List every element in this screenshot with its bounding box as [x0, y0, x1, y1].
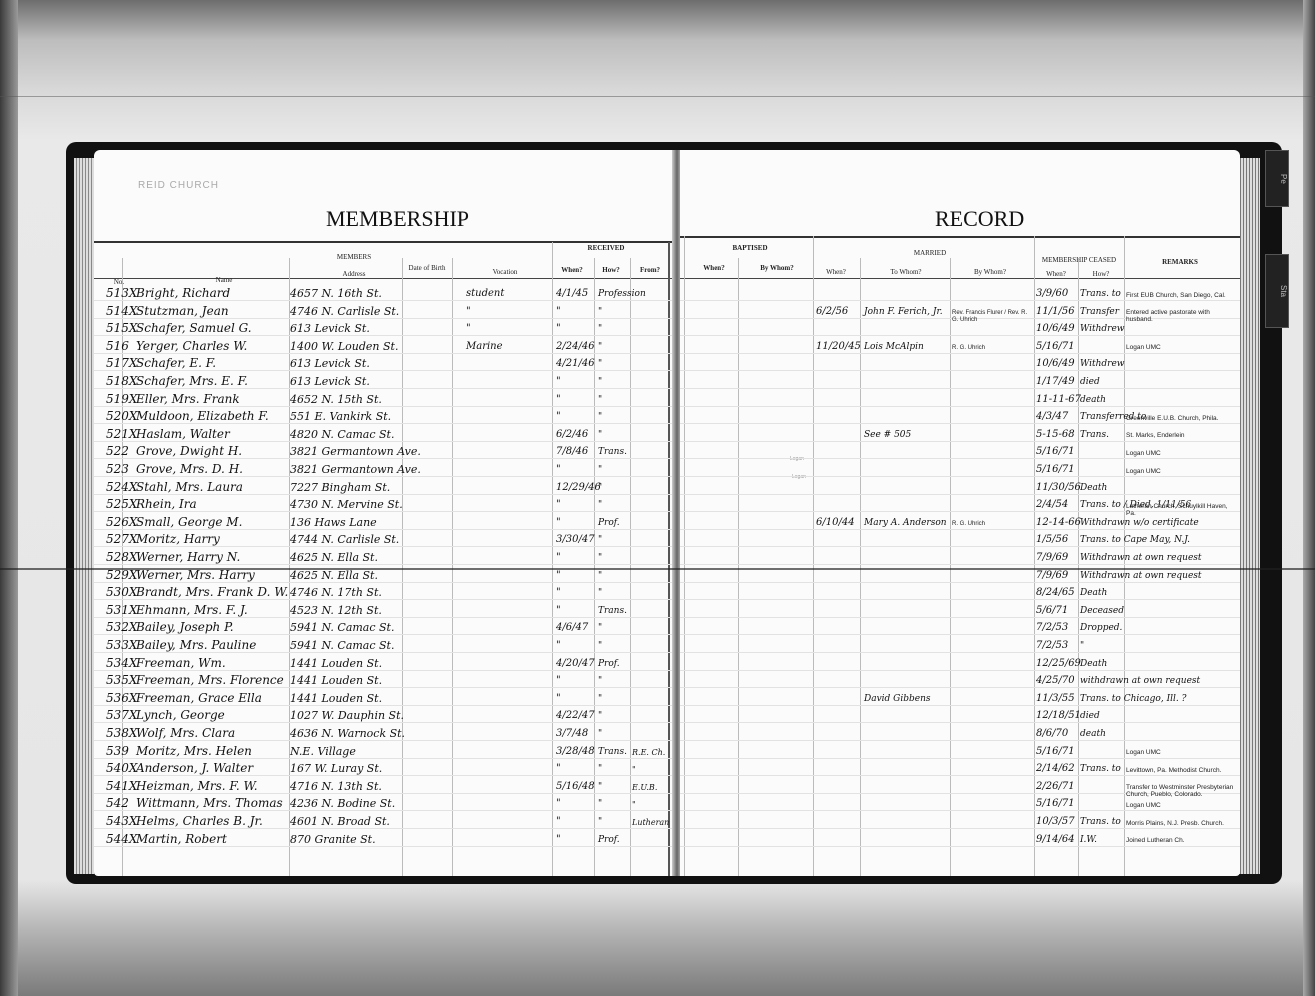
member-name: Bright, Richard — [136, 286, 230, 300]
received-when: 7/8/46 — [556, 446, 588, 457]
member-number: 544X — [106, 832, 137, 846]
ceased-when: 8/24/65 — [1036, 587, 1075, 598]
married-when: 6/2/56 — [816, 306, 848, 317]
col-divider — [452, 258, 453, 876]
row-rule — [94, 441, 676, 442]
remarks: Transfer to Westminster Presbyterian Chu… — [1126, 784, 1238, 798]
member-address: 7227 Bingham St. — [290, 481, 390, 494]
received-when: 4/22/47 — [556, 710, 595, 721]
row-rule — [94, 634, 676, 635]
col-divider — [1078, 258, 1079, 876]
header-received: RECEIVED — [556, 244, 656, 252]
member-address: 613 Levick St. — [290, 357, 370, 370]
received-when: " — [556, 517, 561, 528]
row-rule — [94, 582, 676, 583]
received-when: 2/24/46 — [556, 341, 595, 352]
ceased-how: withdrawn at own request — [1080, 676, 1200, 686]
row-rule — [680, 705, 1240, 706]
member-number: 525X — [106, 497, 137, 511]
received-how: Prof. — [598, 518, 620, 528]
member-address: 4730 N. Mervine St. — [290, 498, 403, 511]
row-rule — [94, 828, 676, 829]
ceased-how: " — [1080, 641, 1084, 651]
ceased-how: Trans. — [1080, 430, 1109, 440]
married-to: Lois McAlpin — [864, 342, 924, 352]
member-vocation: student — [466, 288, 504, 299]
ceased-when: 10/3/57 — [1036, 816, 1075, 827]
received-when: " — [556, 675, 561, 686]
col-divider — [813, 236, 814, 876]
ceased-when: 7/2/53 — [1036, 622, 1068, 633]
received-when: " — [556, 323, 561, 334]
row-rule — [680, 652, 1240, 653]
member-name: Grove, Mrs. D. H. — [136, 462, 243, 476]
row-rule — [680, 388, 1240, 389]
row-rule — [94, 705, 676, 706]
ceased-when: 5/16/71 — [1036, 446, 1075, 457]
member-number: 519X — [106, 392, 137, 406]
index-tab-1[interactable]: Pe — [1265, 150, 1289, 207]
received-from: " — [632, 800, 636, 809]
member-address: 4236 N. Bodine St. — [290, 797, 395, 810]
received-when: 4/1/45 — [556, 288, 588, 299]
received-when: 3/28/48 — [556, 746, 595, 757]
header-baptised: BAPTISED — [700, 244, 800, 252]
remarks: St. Marks, Enderlein — [1126, 432, 1238, 439]
ceased-when: 11-11-67 — [1036, 394, 1081, 405]
member-name: Rhein, Ira — [136, 497, 197, 511]
received-how: " — [598, 623, 602, 633]
member-name: Freeman, Grace Ella — [136, 691, 262, 705]
received-how: " — [598, 799, 602, 809]
row-rule — [680, 775, 1240, 776]
member-name: Muldoon, Elizabeth F. — [136, 409, 269, 423]
member-number: 515X — [106, 321, 137, 335]
row-rule — [680, 353, 1240, 354]
married-to: Mary A. Anderson — [864, 518, 947, 528]
received-how: " — [598, 588, 602, 598]
remarks: Logan UMC — [1126, 749, 1238, 756]
member-number: 530X — [106, 585, 137, 599]
row-rule — [94, 846, 676, 847]
member-address: 4746 N. 17th St. — [290, 586, 382, 599]
married-by: Rev. Francis Flurer / Rev. R. G. Uhrich — [952, 310, 1034, 324]
member-name: Bailey, Joseph P. — [136, 620, 234, 634]
member-address: 1027 W. Dauphin St. — [290, 709, 404, 722]
header-married: MARRIED — [820, 249, 1040, 257]
ceased-when: 10/6/49 — [1036, 358, 1075, 369]
page-title-record: RECORD — [935, 206, 1024, 232]
member-number: 535X — [106, 673, 137, 687]
header-rule-bottom — [680, 278, 1240, 279]
received-when: 6/2/46 — [556, 429, 588, 440]
ceased-when: 1/5/56 — [1036, 534, 1068, 545]
member-address: 870 Granite St. — [290, 833, 376, 846]
member-name: Schafer, E. F. — [136, 356, 216, 370]
received-when: " — [556, 587, 561, 598]
ceased-how: I.W. — [1080, 835, 1097, 845]
row-rule — [94, 740, 676, 741]
received-how: " — [598, 430, 602, 440]
row-rule — [94, 793, 676, 794]
row-rule — [680, 634, 1240, 635]
member-address: 4657 N. 16th St. — [290, 287, 382, 300]
row-rule — [94, 494, 676, 495]
header-membership-ceased: MEMBERSHIP CEASED — [1034, 256, 1124, 264]
received-when: 3/7/48 — [556, 728, 588, 739]
header-ceased-how: How? — [1080, 270, 1122, 278]
member-name: Small, George M. — [136, 515, 242, 529]
ceased-when: 12-14-66 — [1036, 517, 1081, 528]
member-number: 516 — [106, 339, 129, 353]
received-how: " — [598, 500, 602, 510]
member-address: 1400 W. Louden St. — [290, 340, 398, 353]
ceased-when: 11/30/56 — [1036, 482, 1081, 493]
member-address: 4625 N. Ella St. — [290, 569, 378, 582]
received-how: " — [598, 324, 602, 334]
member-address: 4625 N. Ella St. — [290, 551, 378, 564]
member-name: Freeman, Mrs. Florence — [136, 673, 284, 687]
ceased-how: Trans. to Cape May, N.J. — [1080, 535, 1190, 545]
member-name: Wittmann, Mrs. Thomas — [136, 796, 283, 810]
header-married-when: When? — [816, 268, 856, 276]
member-number: 543X — [106, 814, 137, 828]
married-to: John F. Ferich, Jr. — [864, 307, 943, 317]
page-edges-left — [74, 158, 96, 874]
row-rule — [680, 300, 1240, 301]
received-how: " — [598, 711, 602, 721]
col-divider — [684, 236, 685, 876]
header-dob: Date of Birth — [402, 264, 452, 272]
received-when: " — [556, 798, 561, 809]
received-from: " — [632, 765, 636, 774]
received-when: 3/30/47 — [556, 534, 595, 545]
row-rule — [94, 599, 676, 600]
member-name: Schafer, Samuel G. — [136, 321, 252, 335]
member-number: 514X — [106, 304, 137, 318]
received-how: " — [598, 694, 602, 704]
received-from: E.U.B. — [632, 783, 657, 792]
row-rule — [94, 318, 676, 319]
header-received-from: From? — [630, 266, 670, 274]
received-when: " — [556, 605, 561, 616]
received-how: " — [598, 729, 602, 739]
member-address: N.E. Village — [290, 745, 356, 758]
ceased-how: death — [1080, 395, 1106, 405]
row-rule — [94, 810, 676, 811]
scan-edge-right — [1303, 0, 1315, 996]
ceased-how: died — [1080, 711, 1100, 721]
received-how: " — [598, 782, 602, 792]
remarks: Joined Lutheran Ch. — [1126, 837, 1238, 844]
header-received-how: How? — [594, 266, 628, 274]
received-when: " — [556, 394, 561, 405]
member-number: 534X — [106, 656, 137, 670]
remarks: Lutheran Church, Schuylkill Haven, Pa. — [1126, 503, 1238, 517]
ceased-how: Withdrawn at own request — [1080, 553, 1202, 563]
ceased-how: Trans. to — [1080, 289, 1121, 299]
member-number: 528X — [106, 550, 137, 564]
member-address: 4744 N. Carlisle St. — [290, 533, 399, 546]
received-when: " — [556, 411, 561, 422]
row-rule — [94, 458, 676, 459]
row-rule — [94, 476, 676, 477]
ceased-how: Deceased — [1080, 606, 1124, 616]
received-when: 4/20/47 — [556, 658, 595, 669]
member-address: 136 Haws Lane — [290, 516, 377, 529]
ceased-when: 4/25/70 — [1036, 675, 1075, 686]
col-divider — [738, 258, 739, 876]
row-rule — [94, 529, 676, 530]
received-how: " — [598, 676, 602, 686]
member-name: Haslam, Walter — [136, 427, 230, 441]
received-how: " — [598, 342, 602, 352]
row-rule — [680, 458, 1240, 459]
received-when: " — [556, 640, 561, 651]
ceased-how: Trans. to — [1080, 764, 1121, 774]
received-how: Prof. — [598, 659, 620, 669]
ceased-when: 9/14/64 — [1036, 834, 1075, 845]
received-how: " — [598, 377, 602, 387]
row-rule — [94, 652, 676, 653]
ceased-how: Withdrew — [1080, 359, 1124, 369]
ceased-when: 12/18/51 — [1036, 710, 1081, 721]
row-rule — [680, 670, 1240, 671]
received-when: " — [556, 763, 561, 774]
member-name: Werner, Harry N. — [136, 550, 240, 564]
ceased-how: Death — [1080, 588, 1107, 598]
col-divider — [402, 258, 403, 876]
married-by: R. G. Uhrich — [952, 345, 1034, 352]
ceased-when: 2/4/54 — [1036, 499, 1068, 510]
member-name: Helms, Charles B. Jr. — [136, 814, 263, 828]
remarks: Entered active pastorate with husband. — [1126, 309, 1238, 323]
member-name: Grove, Dwight H. — [136, 444, 242, 458]
member-name: Stutzman, Jean — [136, 304, 229, 318]
ceased-how: Withdrawn w/o certificate — [1080, 518, 1199, 528]
ceased-how: Death — [1080, 659, 1107, 669]
married-when: 11/20/45 — [816, 341, 861, 352]
member-number: 521X — [106, 427, 137, 441]
received-when: " — [556, 464, 561, 475]
row-rule — [94, 406, 676, 407]
remarks: Levittown, Pa. Methodist Church. — [1126, 767, 1238, 774]
received-how: " — [598, 359, 602, 369]
scan-edge-left — [0, 0, 18, 996]
header-baptised-by: By Whom? — [742, 264, 812, 272]
member-number: 517X — [106, 356, 137, 370]
member-vocation: " — [466, 323, 471, 334]
member-address: 3821 Germantown Ave. — [290, 463, 421, 476]
remarks: Logan UMC — [1126, 344, 1238, 351]
member-address: 4523 N. 12th St. — [290, 604, 382, 617]
remarks: Morris Plains, N.J. Presb. Church. — [1126, 820, 1238, 827]
row-rule — [94, 423, 676, 424]
received-when: " — [556, 306, 561, 317]
member-number: 537X — [106, 708, 137, 722]
member-address: 4652 N. 15th St. — [290, 393, 382, 406]
received-when: 4/21/46 — [556, 358, 595, 369]
ceased-how: death — [1080, 729, 1106, 739]
row-rule — [94, 564, 676, 565]
received-how: " — [598, 817, 602, 827]
received-when: 4/6/47 — [556, 622, 588, 633]
row-rule — [680, 335, 1240, 336]
member-number: 524X — [106, 480, 137, 494]
ceased-when: 4/3/47 — [1036, 411, 1068, 422]
row-rule — [94, 335, 676, 336]
received-how: " — [598, 465, 602, 475]
member-name: Bailey, Mrs. Pauline — [136, 638, 256, 652]
ceased-how: Withdrew — [1080, 324, 1124, 334]
header-ceased-when: When? — [1034, 270, 1078, 278]
ceased-when: 11/3/55 — [1036, 693, 1075, 704]
row-rule — [680, 599, 1240, 600]
member-address: 613 Levick St. — [290, 375, 370, 388]
row-rule — [680, 758, 1240, 759]
remarks: First EUB Church, San Diego, Cal. — [1126, 292, 1238, 299]
header-received-when: When? — [552, 266, 592, 274]
header-baptised-when: When? — [694, 264, 734, 272]
member-number: 542 — [106, 796, 129, 810]
row-rule — [94, 775, 676, 776]
ledger-page-left: REID CHURCH MEMBERSHIP MEMBERS RECEIVED … — [94, 150, 676, 876]
member-name: Ehmann, Mrs. F. J. — [136, 603, 248, 617]
header-vocation: Vocation — [460, 268, 550, 276]
member-number: 523 — [106, 462, 129, 476]
church-stamp: REID CHURCH — [138, 180, 219, 191]
ceased-how: Dropped. — [1080, 623, 1122, 633]
member-number: 540X — [106, 761, 137, 775]
member-number: 536X — [106, 691, 137, 705]
member-address: 5941 N. Camac St. — [290, 621, 394, 634]
scan-artifact-line — [0, 568, 1315, 570]
row-rule — [94, 546, 676, 547]
member-name: Heizman, Mrs. F. W. — [136, 779, 258, 793]
header-address: Address — [294, 270, 414, 278]
row-rule — [94, 388, 676, 389]
member-number: 532X — [106, 620, 137, 634]
row-rule — [680, 529, 1240, 530]
member-name: Anderson, J. Walter — [136, 761, 253, 775]
married-by: R. G. Uhrich — [952, 521, 1034, 528]
member-name: Moritz, Harry — [136, 532, 220, 546]
received-how: " — [598, 535, 602, 545]
ceased-when: 11/1/56 — [1036, 306, 1075, 317]
member-address: 4716 N. 13th St. — [290, 780, 382, 793]
member-address: 1441 Louden St. — [290, 657, 382, 670]
col-divider — [630, 258, 631, 876]
member-address: 4601 N. Broad St. — [290, 815, 390, 828]
married-to: See # 505 — [864, 430, 911, 440]
received-how: Trans. — [598, 747, 627, 757]
member-name: Martin, Robert — [136, 832, 227, 846]
received-how: " — [598, 553, 602, 563]
received-when: 12/29/46 — [556, 482, 601, 493]
col-divider — [668, 242, 670, 876]
row-rule — [94, 511, 676, 512]
row-rule — [680, 828, 1240, 829]
member-name: Moritz, Mrs. Helen — [136, 744, 252, 758]
remarks: Logan UMC — [1126, 468, 1238, 475]
header-married-to: To Whom? — [866, 268, 946, 276]
member-address: 4746 N. Carlisle St. — [290, 305, 399, 318]
header-rule-top — [94, 241, 676, 243]
col-divider — [1034, 236, 1035, 876]
member-name: Wolf, Mrs. Clara — [136, 726, 235, 740]
member-vocation: " — [466, 306, 471, 317]
ceased-how: Death — [1080, 483, 1107, 493]
ceased-how: Trans. to Chicago, Ill. ? — [1080, 694, 1186, 704]
header-no: No. — [104, 278, 134, 286]
received-how: " — [598, 307, 602, 317]
member-address: 613 Levick St. — [290, 322, 370, 335]
header-married-by: By Whom? — [950, 268, 1030, 276]
ceased-when: 5-15-68 — [1036, 429, 1075, 440]
row-rule — [94, 758, 676, 759]
ceased-when: 7/9/69 — [1036, 570, 1068, 581]
received-how: " — [598, 412, 602, 422]
member-address: 3821 Germantown Ave. — [290, 445, 421, 458]
received-when: " — [556, 376, 561, 387]
received-how: Trans. — [598, 447, 627, 457]
received-when: " — [556, 499, 561, 510]
row-rule — [680, 441, 1240, 442]
member-address: 4820 N. Camac St. — [290, 428, 394, 441]
row-rule — [94, 353, 676, 354]
ceased-when: 7/2/53 — [1036, 640, 1068, 651]
ceased-when: 7/9/69 — [1036, 552, 1068, 563]
received-from: R.E. Ch. — [632, 748, 665, 757]
member-number: 531X — [106, 603, 137, 617]
remarks: Greenville E.U.B. Church, Phila. — [1126, 415, 1238, 422]
member-address: 5941 N. Camac St. — [290, 639, 394, 652]
married-to: David Gibbens — [864, 694, 931, 704]
received-how: " — [598, 641, 602, 651]
received-when: 5/16/48 — [556, 781, 595, 792]
row-rule — [680, 846, 1240, 847]
member-number: 526X — [106, 515, 137, 529]
scan-artifact-line — [0, 96, 1315, 97]
member-number: 538X — [106, 726, 137, 740]
received-how: " — [598, 764, 602, 774]
header-name: Name — [174, 276, 274, 284]
ceased-how: Withdrawn at own request — [1080, 571, 1202, 581]
col-divider — [552, 242, 553, 876]
row-rule — [94, 722, 676, 723]
faint-note: Logan — [792, 474, 806, 480]
member-name: Freeman, Wm. — [136, 656, 226, 670]
member-name: Schafer, Mrs. E. F. — [136, 374, 248, 388]
row-rule — [94, 300, 676, 301]
remarks: Logan UMC — [1126, 450, 1238, 457]
member-name: Brandt, Mrs. Frank D. W. — [136, 585, 288, 599]
row-rule — [680, 722, 1240, 723]
member-vocation: Marine — [466, 341, 503, 352]
ceased-how: Trans. to — [1080, 817, 1121, 827]
page-title-membership: MEMBERSHIP — [326, 206, 469, 232]
ceased-when: 5/16/71 — [1036, 746, 1075, 757]
received-when: " — [556, 834, 561, 845]
header-remarks: REMARKS — [1130, 258, 1230, 266]
row-rule — [680, 740, 1240, 741]
member-address: 1441 Louden St. — [290, 674, 382, 687]
member-address: 551 E. Vankirk St. — [290, 410, 391, 423]
row-rule — [680, 546, 1240, 547]
index-tab-2[interactable]: Sta — [1265, 254, 1289, 328]
member-address: 167 W. Luray St. — [290, 762, 382, 775]
received-when: " — [556, 552, 561, 563]
